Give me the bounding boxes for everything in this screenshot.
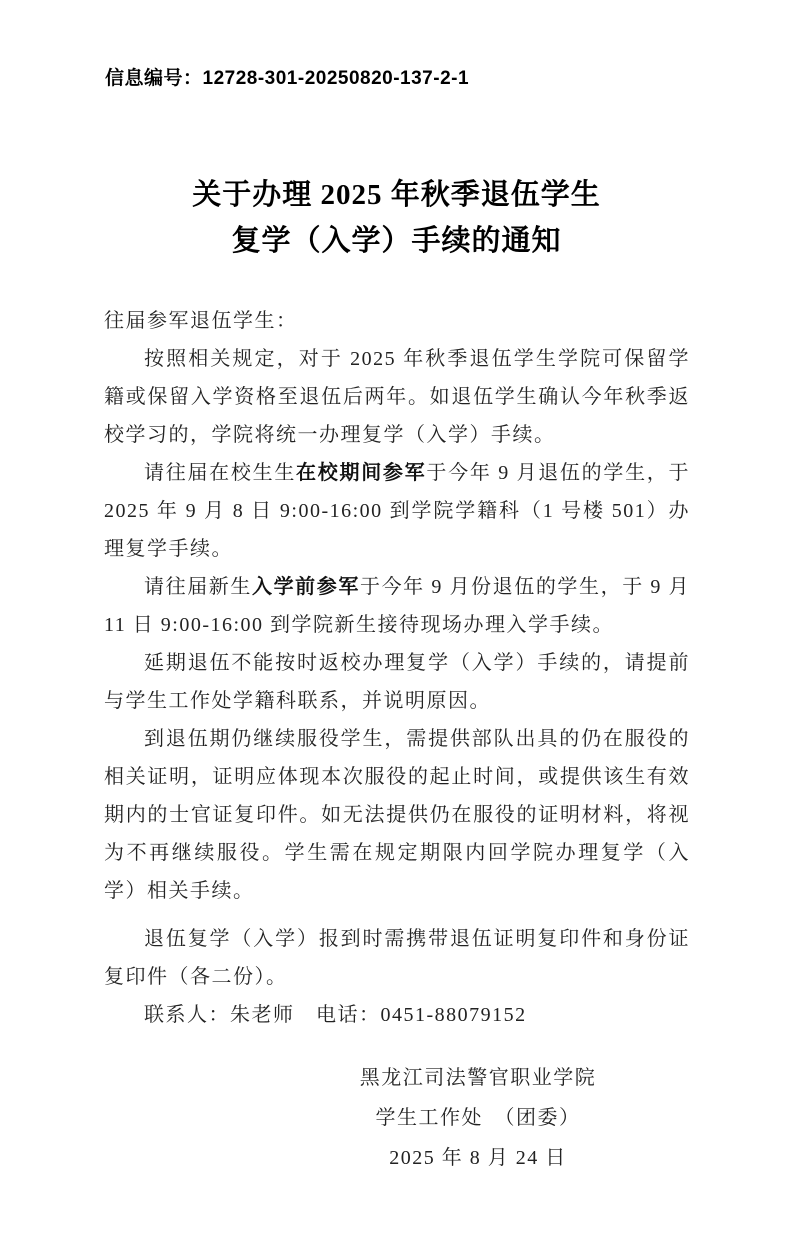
paragraph-required-documents: 退伍复学（入学）报到时需携带退伍证明复印件和身份证复印件（各二份）。	[104, 920, 690, 996]
paragraph-continued-service-proof: 到退伍期仍继续服役学生，需提供部队出具的仍在服役的相关证明，证明应体现本次服役的…	[104, 720, 690, 910]
paragraph-delayed-discharge: 延期退伍不能按时返校办理复学（入学）手续的，请提前与学生工作处学籍科联系，并说明…	[104, 644, 690, 720]
paragraph-text: 延期退伍不能按时返校办理复学（入学）手续的，请提前与学生工作处学籍科联系，并说明…	[104, 652, 690, 712]
paragraph-retention-policy: 按照相关规定，对于 2025 年秋季退伍学生学院可保留学籍或保留入学资格至退伍后…	[104, 340, 690, 454]
paragraph-text: 到退伍期仍继续服役学生，需提供部队出具的仍在服役的相关证明，证明应体现本次服役的…	[104, 728, 690, 902]
paragraph-enrolled-students: 请往届在校生生在校期间参军于今年 9 月退伍的学生，于 2025 年 9 月 8…	[104, 454, 690, 568]
info-number-line: 信息编号：12728-301-20250820-137-2-1	[105, 64, 469, 94]
paragraph-text: 按照相关规定，对于 2025 年秋季退伍学生学院可保留学籍或保留入学资格至退伍后…	[104, 348, 690, 446]
bold-emphasis-pre-enrollment-service: 入学前参军	[252, 576, 360, 598]
paragraph-new-students: 请往届新生入学前参军于今年 9 月份退伍的学生，于 9 月 11 日 9:00-…	[104, 568, 690, 644]
paragraph-text-pre: 请往届新生	[144, 576, 252, 598]
signature-date: 2025 年 8 月 24 日	[318, 1138, 638, 1178]
notice-body: 往届参军退伍学生： 按照相关规定，对于 2025 年秋季退伍学生学院可保留学籍或…	[104, 302, 690, 1034]
signature-dept: 学生工作处 （团委）	[318, 1098, 638, 1138]
notice-title-line2: 复学（入学）手续的通知	[0, 218, 793, 264]
notice-document-page: 信息编号：12728-301-20250820-137-2-1 关于办理 202…	[0, 0, 793, 1235]
salutation-line: 往届参军退伍学生：	[104, 302, 690, 340]
notice-title: 关于办理 2025 年秋季退伍学生 复学（入学）手续的通知	[0, 172, 793, 264]
contact-line: 联系人：朱老师 电话：0451-88079152	[104, 996, 690, 1034]
bold-emphasis-during-school-service: 在校期间参军	[296, 462, 426, 484]
paragraph-text: 退伍复学（入学）报到时需携带退伍证明复印件和身份证复印件（各二份）。	[104, 928, 690, 988]
notice-title-line1: 关于办理 2025 年秋季退伍学生	[0, 172, 793, 218]
signature-org: 黑龙江司法警官职业学院	[318, 1058, 638, 1098]
signature-block: 黑龙江司法警官职业学院 学生工作处 （团委） 2025 年 8 月 24 日	[318, 1058, 638, 1178]
contact-text: 联系人：朱老师 电话：0451-88079152	[144, 1004, 527, 1026]
paragraph-text-pre: 请往届在校生生	[144, 462, 296, 484]
